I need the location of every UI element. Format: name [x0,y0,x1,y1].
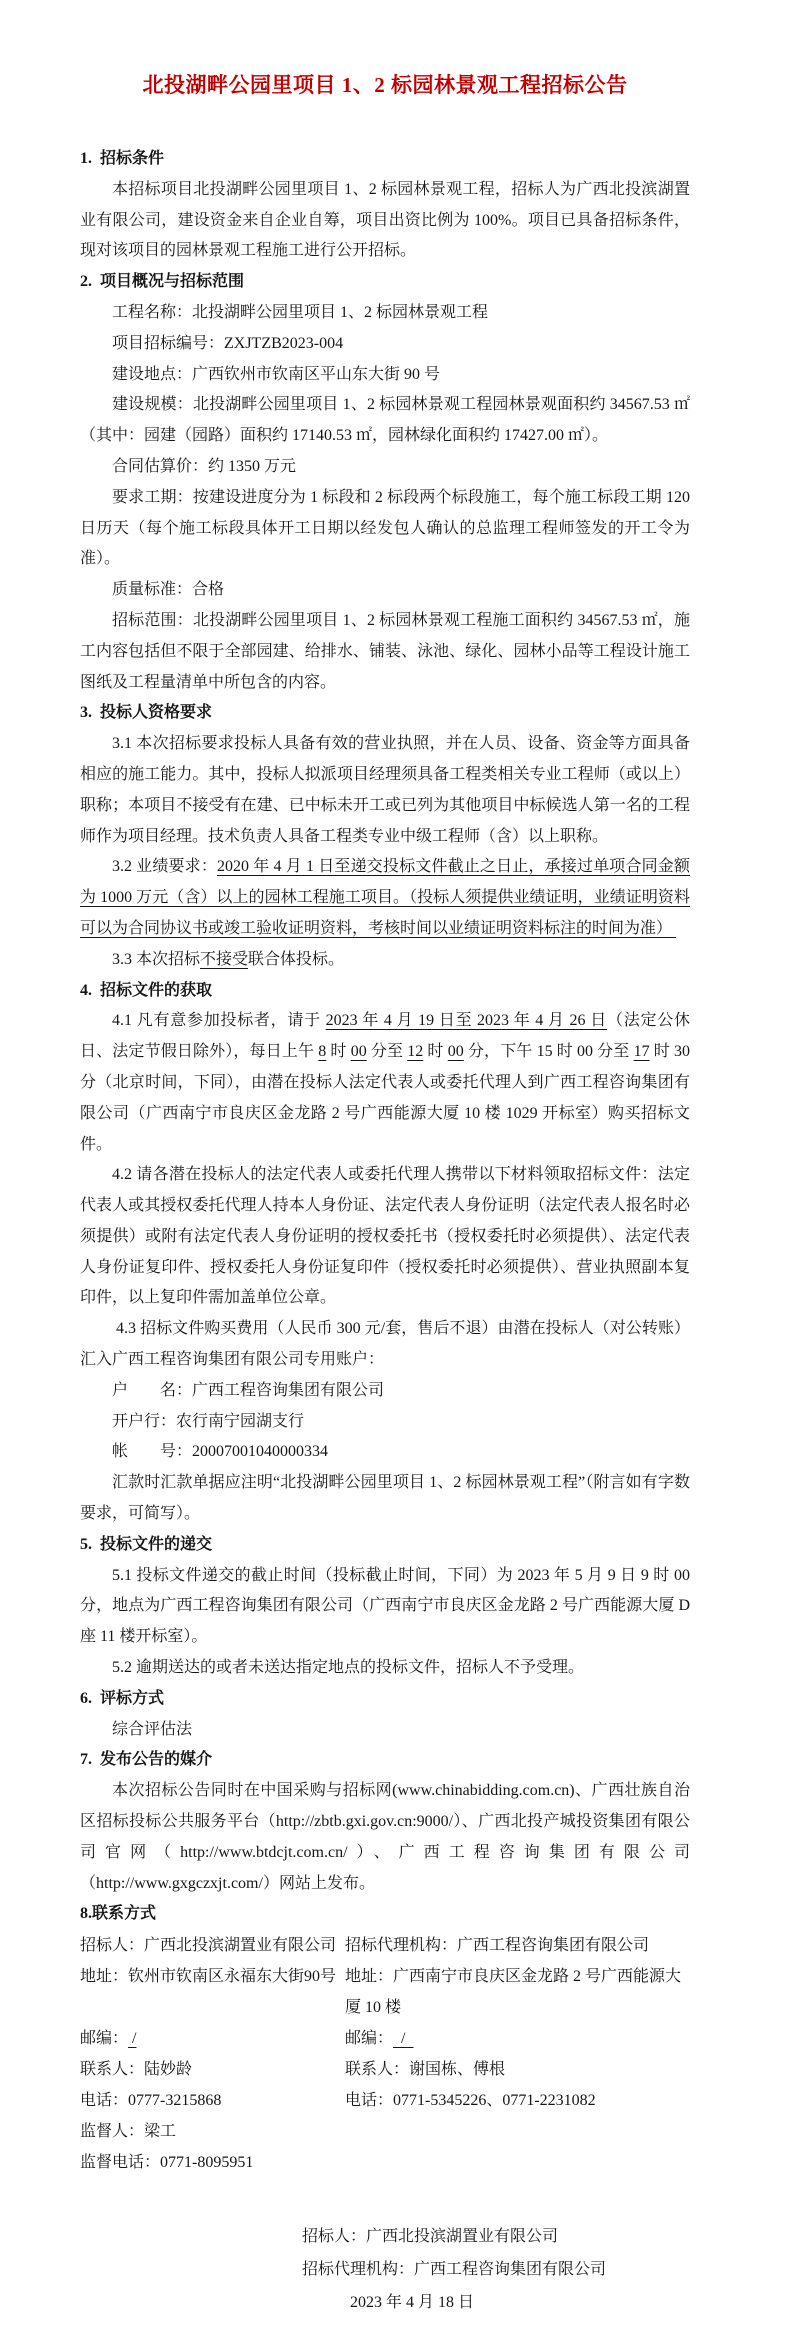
text-run: 监督人：梁工 [80,2123,176,2140]
contact-line-right: 电话：0771-5345226、0771-2231082 [345,2085,690,2116]
document-page: 北投湖畔公园里项目 1、2 标园林景观工程招标公告 1. 招标条件本招标项目北投… [0,0,800,2319]
text-run: 工程名称：北投湖畔公园里项目 1、2 标园林景观工程 [112,304,488,321]
text-run: 监督电话：0771-8095951 [80,2154,253,2171]
text-run: 3.3 本次招标 [112,951,200,968]
paragraph: 本招标项目北投湖畔公园里项目 1、2 标园林景观工程，招标人为广西北投滨湖置业有… [80,175,690,267]
underlined-text: 不接受 [200,951,248,968]
text-run: 招标人：广西北投滨湖置业有限公司 [80,1937,336,1954]
text-run: 开户行：农行南宁园湖支行 [112,1413,304,1430]
text-run: 时 [326,1043,350,1060]
text-run: 2. 项目概况与招标范围 [80,273,244,290]
contact-line-right [345,2147,690,2178]
paragraph: 4.1 凡有意参加投标者，请于 2023 年 4 月 19 日至 2023 年 … [80,1006,690,1160]
paragraph: 3.2 业绩要求：2020 年 4 月 1 日至递交投标文件截止之日止，承接过单… [80,852,690,944]
underlined-text: / [393,2030,413,2047]
page-title: 北投湖畔公园里项目 1、2 标园林景观工程招标公告 [80,70,690,100]
contact-line-left: 招标人：广西北投滨湖置业有限公司 [80,1930,345,1961]
text-run: 电话：0771-5345226、0771-2231082 [345,2092,596,2109]
contact-columns: 招标人：广西北投滨湖置业有限公司招标代理机构：广西工程咨询集团有限公司地址：钦州… [80,1930,690,2178]
paragraph: 招标范围：北投湖畔公园里项目 1、2 标园林景观工程施工面积约 34567.53… [80,606,690,698]
signature-date: 2023 年 4 月 18 日 [302,2286,690,2319]
text-run: 联系人：谢国栋、傅根 [345,2061,505,2078]
text-run: 4.2 请各潜在投标人的法定代表人或委托代理人携带以下材料领取招标文件：法定代表… [80,1166,690,1306]
text-run: 本招标项目北投湖畔公园里项目 1、2 标园林景观工程，招标人为广西北投滨湖置业有… [80,181,690,260]
section-heading: 5. 投标文件的递交 [80,1530,690,1561]
text-run: 户 名：广西工程咨询集团有限公司 [112,1382,384,1399]
signature-line: 招标人：广西北投滨湖置业有限公司 [302,2220,690,2253]
text-run: 3. 投标人资格要求 [80,704,212,721]
text-run: 4.3 招标文件购买费用（人民币 300 元/套，售后不退）由潜在投标人（对公转… [80,1320,690,1368]
contact-line-left: 邮编： / [80,2023,345,2054]
text-run: 5.2 逾期送达的或者未送达指定地点的投标文件，招标人不予受理。 [112,1659,584,1676]
text-run: 地址：广西南宁市良庆区金龙路 2 号广西能源大厦 10 楼 [345,1968,681,2016]
signature-block: 招标人：广西北投滨湖置业有限公司招标代理机构：广西工程咨询集团有限公司2023 … [80,2220,690,2319]
text-run: 招标范围：北投湖畔公园里项目 1、2 标园林景观工程施工面积约 34567.53… [80,612,690,691]
section-heading: 8.联系方式 [80,1899,690,1930]
text-run: 汇款时汇款单据应注明“北投湖畔公园里项目 1、2 标园林景观工程”（附言如有字数… [80,1474,690,1522]
contact-line-right: 邮编： / [345,2023,690,2054]
text-run: 6. 评标方式 [80,1690,164,1707]
paragraph: 本次招标公告同时在中国采购与招标网(www.chinabidding.com.c… [80,1776,690,1899]
text-run: 5.1 投标文件递交的截止时间（投标截止时间，下同）为 2023 年 5 月 9… [80,1567,698,1646]
underlined-text: 17 [634,1043,650,1060]
contact-line-right [345,2116,690,2147]
section-heading: 1. 招标条件 [80,144,690,175]
text-run: 综合评估法 [112,1721,192,1738]
section-heading: 2. 项目概况与招标范围 [80,267,690,298]
contact-line-left: 地址：钦州市钦南区永福东大街90号 [80,1961,345,2023]
section-heading: 7. 发布公告的媒介 [80,1745,690,1776]
text-run: 本次招标公告同时在中国采购与招标网(www.chinabidding.com.c… [80,1782,690,1891]
paragraph: 要求工期：按建设进度分为 1 标段和 2 标段两个标段施工，每个施工标段工期 1… [80,483,690,575]
underlined-text: / [128,2030,136,2047]
contact-line-right: 地址：广西南宁市良庆区金龙路 2 号广西能源大厦 10 楼 [345,1961,690,2023]
text-run: 地址：钦州市钦南区永福东大街90号 [80,1968,336,1985]
paragraph: 质量标准：合格 [80,575,690,606]
text-run: 电话：0777-3215868 [80,2092,221,2109]
text-run: 招标代理机构：广西工程咨询集团有限公司 [345,1937,649,1954]
text-run: 要求工期：按建设进度分为 1 标段和 2 标段两个标段施工，每个施工标段工期 1… [80,489,694,568]
text-run: 时 [423,1043,447,1060]
text-run: 3.1 本次招标要求投标人具备有效的营业执照，并在人员、设备、资金等方面具备相应… [80,735,690,844]
document-body: 1. 招标条件本招标项目北投湖畔公园里项目 1、2 标园林景观工程，招标人为广西… [80,144,690,1930]
underlined-text: 00 [448,1043,464,1060]
paragraph: 建设地点：广西钦州市钦南区平山东大街 90 号 [80,360,690,391]
text-run: 1. 招标条件 [80,150,164,167]
text-run: 7. 发布公告的媒介 [80,1751,212,1768]
text-run: 联系人：陆妙龄 [80,2061,192,2078]
paragraph: 5.2 逾期送达的或者未送达指定地点的投标文件，招标人不予受理。 [80,1653,690,1684]
paragraph: 建设规模：北投湖畔公园里项目 1、2 标园林景观工程园林景观面积约 34567.… [80,390,690,452]
text-run: 8.联系方式 [80,1905,156,1922]
underlined-text: 2023 年 4 月 19 日至 2023 年 4 月 26 日 [326,1012,607,1029]
contact-line-left: 电话：0777-3215868 [80,2085,345,2116]
signature-line: 招标代理机构：广西工程咨询集团有限公司 [302,2253,690,2286]
text-run: 帐 号：20007001040000334 [112,1443,328,1460]
text-run: 3.2 业绩要求： [112,858,217,875]
text-run: 分，下午 15 时 00 分至 [464,1043,634,1060]
text-run: 4. 招标文件的获取 [80,982,212,999]
paragraph: 汇款时汇款单据应注明“北投湖畔公园里项目 1、2 标园林景观工程”（附言如有字数… [80,1468,690,1530]
contact-line-left: 联系人：陆妙龄 [80,2054,345,2085]
contact-line-left: 监督人：梁工 [80,2116,345,2147]
paragraph: 5.1 投标文件递交的截止时间（投标截止时间，下同）为 2023 年 5 月 9… [80,1561,690,1653]
paragraph: 户 名：广西工程咨询集团有限公司 [80,1376,690,1407]
paragraph: 合同估算价：约 1350 万元 [80,452,690,483]
text-run: 邮编： [80,2030,128,2047]
section-heading: 4. 招标文件的获取 [80,976,690,1007]
paragraph: 项目招标编号：ZXJTZB2023-004 [80,329,690,360]
section-heading: 3. 投标人资格要求 [80,698,690,729]
paragraph: 3.3 本次招标不接受联合体投标。 [80,945,690,976]
text-run: 4.1 凡有意参加投标者，请于 [112,1012,326,1029]
contact-line-left: 监督电话：0771-8095951 [80,2147,345,2178]
contact-line-right: 招标代理机构：广西工程咨询集团有限公司 [345,1930,690,1961]
contact-line-right: 联系人：谢国栋、傅根 [345,2054,690,2085]
paragraph: 3.1 本次招标要求投标人具备有效的营业执照，并在人员、设备、资金等方面具备相应… [80,729,690,852]
section-heading: 6. 评标方式 [80,1684,690,1715]
text-run: 联合体投标。 [248,951,344,968]
paragraph: 4.3 招标文件购买费用（人民币 300 元/套，售后不退）由潜在投标人（对公转… [80,1314,690,1376]
text-run: 合同估算价：约 1350 万元 [112,458,296,475]
paragraph: 综合评估法 [80,1715,690,1746]
text-run: 邮编： [345,2030,393,2047]
paragraph: 帐 号：20007001040000334 [80,1437,690,1468]
text-run: 5. 投标文件的递交 [80,1536,212,1553]
text-run: 项目招标编号：ZXJTZB2023-004 [112,335,343,352]
text-run: 建设规模：北投湖畔公园里项目 1、2 标园林景观工程园林景观面积约 34567.… [80,396,690,444]
underlined-text: 12 [407,1043,423,1060]
paragraph: 4.2 请各潜在投标人的法定代表人或委托代理人携带以下材料领取招标文件：法定代表… [80,1160,690,1314]
paragraph: 工程名称：北投湖畔公园里项目 1、2 标园林景观工程 [80,298,690,329]
text-run: 质量标准：合格 [112,581,224,598]
paragraph: 开户行：农行南宁园湖支行 [80,1407,690,1438]
underlined-text: 00 [351,1043,367,1060]
text-run: 建设地点：广西钦州市钦南区平山东大街 90 号 [112,366,440,383]
text-run: 分至 [367,1043,408,1060]
